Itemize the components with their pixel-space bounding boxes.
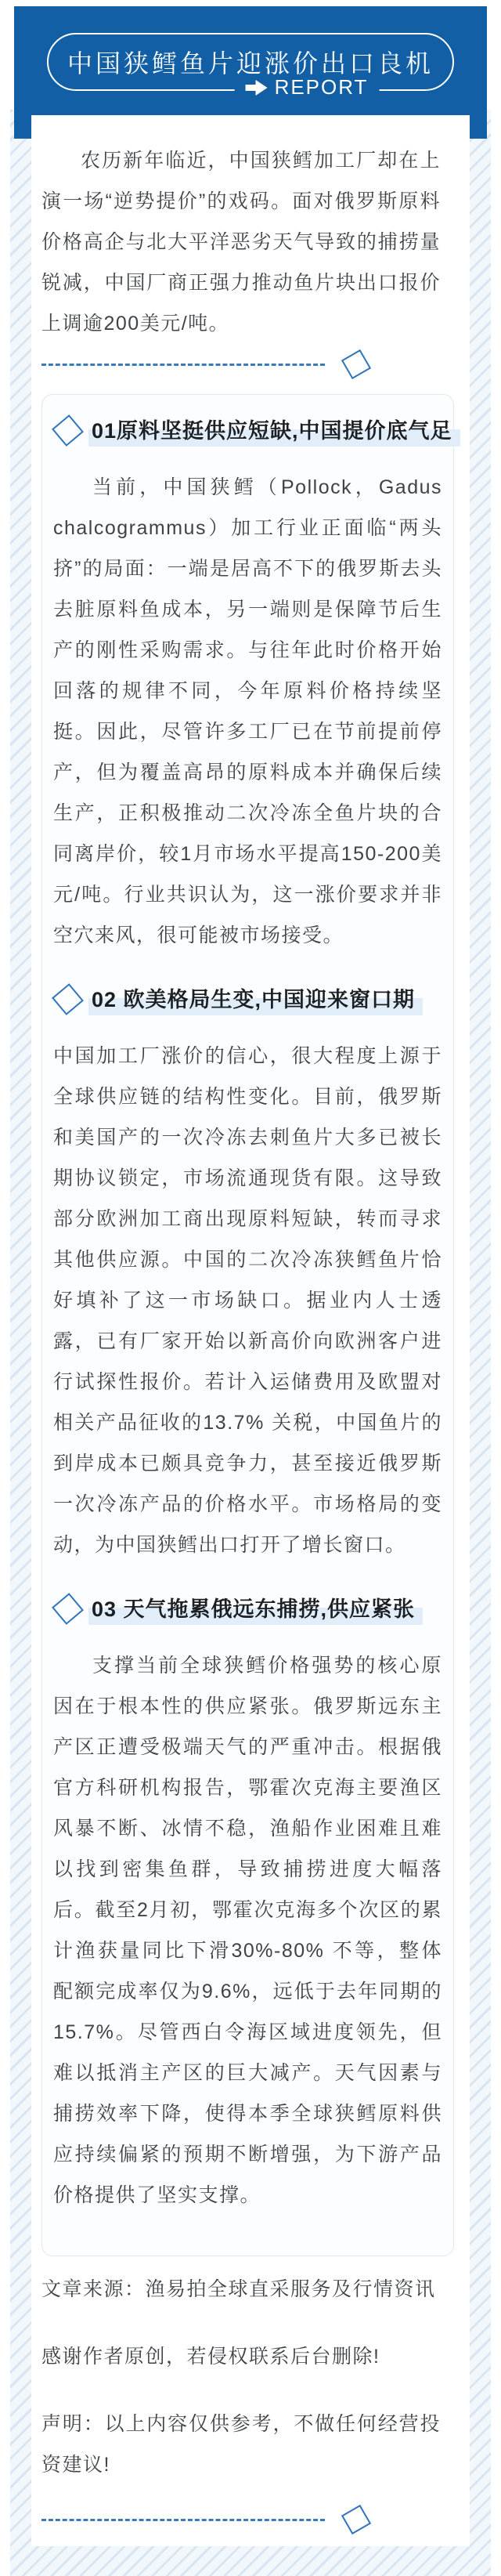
diamond-icon <box>52 414 84 447</box>
diamond-icon <box>52 983 84 1015</box>
source-line: 文章来源：渔易拍全球直采服务及行情资讯 <box>41 2269 454 2310</box>
dashed-line <box>41 364 325 366</box>
thanks-line: 感谢作者原创，若侵权联系后台删除! <box>41 2336 454 2377</box>
intro-separator <box>41 349 441 380</box>
sections-box: 01原料坚挺供应短缺,中国提价底气足 当前，中国狭鳕（Pollock，Gadus… <box>41 394 454 2256</box>
dashed-line <box>41 2519 325 2521</box>
article-page: 中国狭鳕鱼片迎涨价出口良机 REPORT 农历新年临近，中国狭鳕加工厂却在上演一… <box>0 0 501 2576</box>
section-2-title: 02 欧美格局生变,中国迎来窗口期 <box>88 982 423 1015</box>
section-1-body: 当前，中国狭鳕（Pollock，Gadus chalcogrammus）加工行业… <box>53 467 442 956</box>
section-1-title: 01原料坚挺供应短缺,中国提价底气足 <box>88 414 460 447</box>
disclaimer-line: 声明：以上内容仅供参考，不做任何经营投资建议! <box>41 2404 441 2485</box>
diamond-icon <box>52 1593 84 1625</box>
section-3-header: 03 天气拖累俄远东捕捞,供应紧张 <box>56 1592 442 1625</box>
content-card: 农历新年临近，中国狭鳕加工厂却在上演一场“逆势提价”的戏码。面对俄罗斯原料价格高… <box>31 115 470 2546</box>
report-label: REPORT <box>275 75 369 99</box>
right-arrow-icon <box>246 80 268 96</box>
section-2-body: 中国加工厂涨价的信心，很大程度上源于全球供应链的结构性变化。目前，俄罗斯和美国产… <box>53 1036 442 1565</box>
diamond-icon <box>341 2505 371 2534</box>
report-tag: REPORT <box>235 75 380 99</box>
section-3-body: 支撑当前全球狭鳕价格强势的核心原因在于根本性的供应紧张。俄罗斯远东主产区正遭受极… <box>53 1645 442 2216</box>
section-2-header: 02 欧美格局生变,中国迎来窗口期 <box>56 982 442 1015</box>
intro-paragraph: 农历新年临近，中国狭鳕加工厂却在上演一场“逆势提价”的戏码。面对俄罗斯原料价格高… <box>41 140 441 344</box>
diamond-icon <box>341 349 371 379</box>
section-1-header: 01原料坚挺供应短缺,中国提价底气足 <box>56 414 442 447</box>
section-3-title: 03 天气拖累俄远东捕捞,供应紧张 <box>88 1592 423 1625</box>
footer-separator <box>41 2504 441 2535</box>
